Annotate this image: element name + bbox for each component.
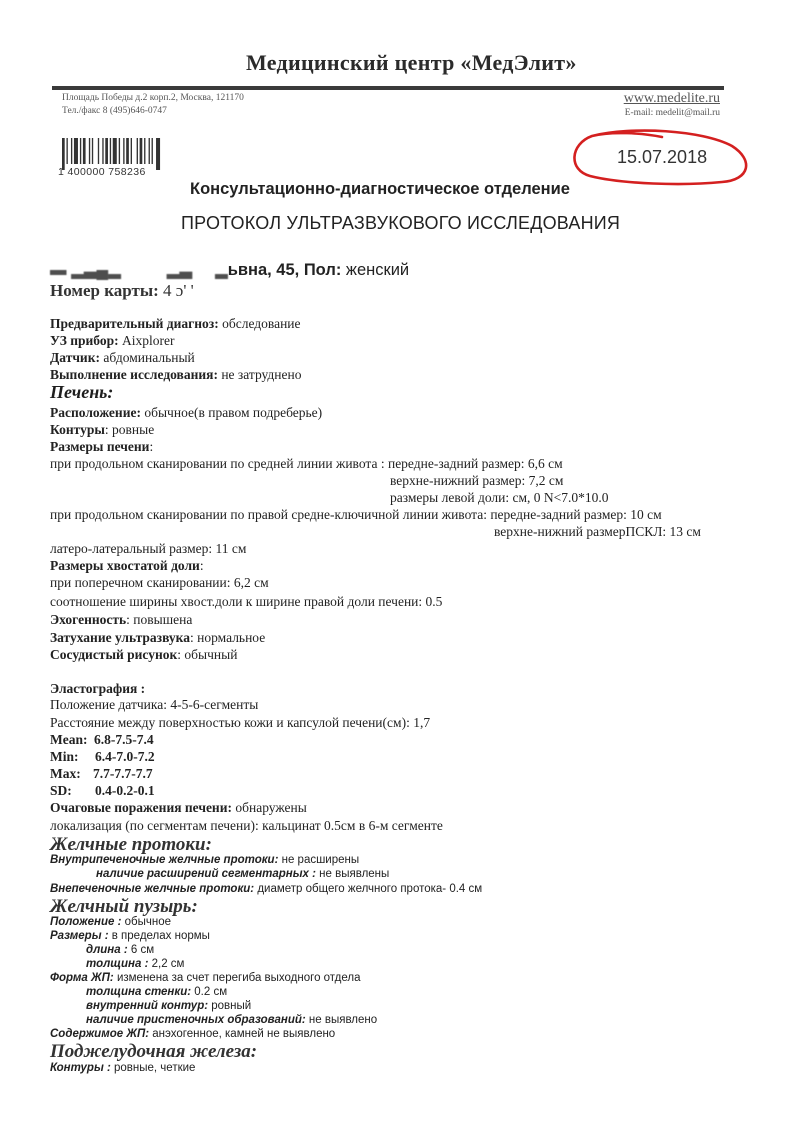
field-value: диаметр общего желчного протока- 0.4 см: [254, 883, 482, 895]
field-label: длина :: [86, 944, 128, 956]
intrahepatic-ducts: Внутрипеченочные желчные протоки: не рас…: [50, 854, 359, 866]
field-label: наличие расширений сегментарных :: [96, 868, 316, 880]
elastography-min: Min:6.4-7.0-7.2: [50, 749, 79, 765]
patient-sex: женский: [341, 261, 409, 279]
protocol-title: ПРОТОКОЛ УЛЬТРАЗВУКОВОГО ИССЛЕДОВАНИЯ: [181, 213, 620, 234]
liver-latero-lateral: латеро-латеральный размер: 11 см: [50, 541, 246, 557]
field-label: Положение :: [50, 916, 121, 928]
stat-value: 7.7-7.7-7.7: [93, 766, 153, 782]
gallbladder-content: Содержимое ЖП: анэхогенное, камней не вы…: [50, 1028, 335, 1040]
stat-label: Mean:: [50, 732, 88, 747]
field-value: : обычный: [177, 647, 237, 662]
card-number-value: 4 ɔ' ': [159, 281, 194, 300]
field-value: анэхогенное, камней не выявлено: [149, 1028, 335, 1040]
card-number-label: Номер карты:: [50, 281, 159, 300]
liver-midline-measurement: при продольном сканировании по средней л…: [50, 456, 563, 472]
gallbladder-position: Положение : обычное: [50, 916, 171, 928]
field-value: изменена за счет перегиба выходного отде…: [114, 972, 361, 984]
clinic-website-link[interactable]: www.medelite.ru: [624, 91, 720, 107]
field-value: обследование: [219, 316, 301, 331]
elastography-max: Max:7.7-7.7-7.7: [50, 766, 81, 782]
card-number: Номер карты: 4 ɔ' ': [50, 281, 194, 301]
field-value: обнаружены: [232, 800, 307, 815]
field-label: Содержимое ЖП:: [50, 1028, 149, 1040]
stat-value: 0.4-0.2-0.1: [95, 783, 155, 799]
field-value: 2,2 см: [148, 958, 184, 970]
field-label: Очаговые поражения печени:: [50, 800, 232, 815]
gallbladder-size: Размеры : в пределах нормы: [50, 930, 210, 942]
field-value: обычное(в правом подреберье): [141, 405, 322, 420]
field-value: не выявлены: [316, 868, 389, 880]
patient-name-redacted: ▬ ▂▃▄▂ ▂▃ ▂: [50, 260, 228, 280]
field-preliminary-diagnosis: Предварительный диагноз: обследование: [50, 316, 301, 332]
patient-info: ▬ ▂▃▄▂ ▂▃ ▂ьвна, 45, Пол: женский: [50, 260, 409, 280]
field-label: УЗ прибор:: [50, 333, 119, 348]
field-value: Aixplorer: [119, 333, 175, 348]
gallbladder-parietal: наличие пристеночных образований: не выя…: [86, 1014, 377, 1026]
stat-label: SD:: [50, 783, 72, 798]
field-value: не затруднено: [218, 367, 302, 382]
gallbladder-wall: толщина стенки: 0.2 см: [86, 986, 227, 998]
caudate-transverse: при поперечном сканировании: 6,2 см: [50, 575, 269, 591]
field-label: толщина :: [86, 958, 148, 970]
section-liver-heading: Печень:: [50, 382, 113, 403]
elastography-probe-position: Положение датчика: 4-5-6-сегменты: [50, 697, 258, 713]
stat-value: 6.8-7.5-7.4: [94, 732, 154, 748]
field-value: абдоминальный: [100, 350, 195, 365]
pancreas-contours: Контуры : ровные, четкие: [50, 1062, 195, 1074]
field-probe: Датчик: абдоминальный: [50, 350, 195, 366]
field-label: Затухание ультразвука: [50, 630, 190, 645]
field-value: ровный: [208, 1000, 251, 1012]
section-gallbladder-heading: Желчный пузырь:: [50, 896, 198, 918]
field-label: Размеры :: [50, 930, 109, 942]
extrahepatic-ducts: Внепеченочные желчные протоки: диаметр о…: [50, 883, 482, 895]
field-value: ровные, четкие: [111, 1062, 196, 1074]
field-label: Контуры: [50, 422, 105, 437]
field-value: : нормальное: [190, 630, 265, 645]
field-label: толщина стенки:: [86, 986, 191, 998]
field-label: Размеры хвостатой доли: [50, 558, 200, 573]
field-label: Выполнение исследования:: [50, 367, 218, 382]
liver-midclavicular-measurement: при продольном сканировании по правой ср…: [50, 507, 662, 523]
patient-name-fragment: ьвна: [228, 261, 267, 279]
liver-midclavicular-vertical: верхне-нижний размерПСКЛ: 13 см: [494, 524, 701, 540]
stat-label: Max:: [50, 766, 81, 781]
field-value: 6 см: [128, 944, 154, 956]
field-label: Внепеченочные желчные протоки:: [50, 883, 254, 895]
segmental-dilatation: наличие расширений сегментарных : не выя…: [96, 868, 389, 880]
clinic-contacts: Площадь Победы д.2 корп.2, Москва, 12117…: [62, 92, 244, 118]
section-bile-ducts-heading: Желчные протоки:: [50, 834, 212, 856]
caudate-ratio: соотношение ширины хвост.доли к ширине п…: [50, 594, 442, 610]
field-label: Контуры :: [50, 1062, 111, 1074]
field-label: Размеры печени: [50, 439, 149, 454]
elastography-sd: SD:0.4-0.2-0.1: [50, 783, 72, 799]
liver-sizes-label: Размеры печени:: [50, 439, 153, 455]
gallbladder-inner-contour: внутренний контур: ровный: [86, 1000, 251, 1012]
field-value: не расширены: [278, 854, 359, 866]
liver-midline-vertical: верхне-нижний размер: 7,2 см: [390, 473, 563, 489]
barcode-number: 1 400000 758236: [58, 166, 146, 178]
field-label: Форма ЖП:: [50, 972, 114, 984]
patient-age-label: , 45, Пол:: [267, 261, 341, 279]
field-value: не выявлено: [306, 1014, 377, 1026]
field-value: в пределах нормы: [109, 930, 210, 942]
stat-value: 6.4-7.0-7.2: [95, 749, 155, 765]
liver-vascular-pattern: Сосудистый рисунок: обычный: [50, 647, 237, 663]
focal-lesions: Очаговые поражения печени: обнаружены: [50, 800, 307, 816]
liver-echogenicity: Эхогенность: повышена: [50, 612, 192, 628]
field-colon: :: [200, 558, 204, 573]
field-label: внутренний контур:: [86, 1000, 208, 1012]
caudate-sizes-label: Размеры хвостатой доли:: [50, 558, 204, 574]
gallbladder-shape: Форма ЖП: изменена за счет перегиба выхо…: [50, 972, 361, 984]
liver-contours: Контуры: ровные: [50, 422, 154, 438]
department-title: Консультационно-диагностическое отделени…: [190, 180, 570, 199]
clinic-phone: Тел./факс 8 (495)646-0747: [62, 105, 244, 118]
liver-attenuation: Затухание ультразвука: нормальное: [50, 630, 265, 646]
gallbladder-length: длина : 6 см: [86, 944, 154, 956]
liver-left-lobe: размеры левой доли: см, 0 N<7.0*10.0: [390, 490, 609, 506]
liver-location: Расположение: обычное(в правом подреберь…: [50, 405, 322, 421]
field-label: Сосудистый рисунок: [50, 647, 177, 662]
exam-date: 15.07.2018: [617, 147, 707, 168]
field-value: : повышена: [126, 612, 192, 627]
field-label: Эхогенность: [50, 612, 126, 627]
field-label: Внутрипеченочные желчные протоки:: [50, 854, 278, 866]
gallbladder-thickness: толщина : 2,2 см: [86, 958, 184, 970]
field-value: обычное: [121, 916, 171, 928]
field-label: Предварительный диагноз:: [50, 316, 219, 331]
focal-localization: локализация (по сегментам печени): кальц…: [50, 818, 443, 834]
section-pancreas-heading: Поджелудочная железа:: [50, 1041, 257, 1063]
field-value: : ровные: [105, 422, 154, 437]
field-us-device: УЗ прибор: Aixplorer: [50, 333, 174, 349]
field-label: Расположение:: [50, 405, 141, 420]
field-label: наличие пристеночных образований:: [86, 1014, 306, 1026]
stat-label: Min:: [50, 749, 79, 764]
field-exam-execution: Выполнение исследования: не затруднено: [50, 367, 302, 383]
clinic-title: Медицинский центр «МедЭлит»: [246, 50, 577, 76]
clinic-email: E-mail: medelit@mail.ru: [625, 108, 720, 118]
field-colon: :: [149, 439, 153, 454]
elastography-mean: Mean:6.8-7.5-7.4: [50, 732, 88, 748]
field-label: Датчик:: [50, 350, 100, 365]
header-rule: [52, 86, 724, 90]
field-value: 0.2 см: [191, 986, 227, 998]
elastography-heading: Эластография :: [50, 681, 145, 697]
elastography-skin-distance: Расстояние между поверхностью кожи и кап…: [50, 715, 430, 731]
clinic-address: Площадь Победы д.2 корп.2, Москва, 12117…: [62, 92, 244, 105]
